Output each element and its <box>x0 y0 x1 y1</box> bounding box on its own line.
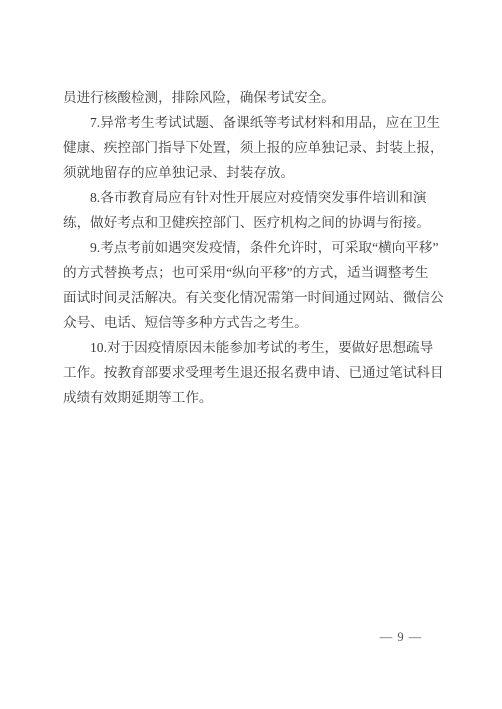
document-body: 员进行核酸检测，排除风险，确保考试安全。 7.异常考生考试试题、备课纸等考试材料… <box>63 85 444 410</box>
text-line: 面试时间灵活解决。有关变化情况需第一时间通过网站、微信公 <box>63 285 444 310</box>
text-line: 员进行核酸检测，排除风险，确保考试安全。 <box>63 85 444 110</box>
text-line: 7.异常考生考试试题、备课纸等考试材料和用品，应在卫生 <box>63 110 444 135</box>
text-line: 健康、疾控部门指导下处置，须上报的应单独记录、封装上报， <box>63 135 444 160</box>
text-line: 的方式替换考点；也可采用“纵向平移”的方式，适当调整考生 <box>63 260 444 285</box>
document-page: { "doc": { "lines": [ "员进行核酸检测，排除风险，确保考试… <box>0 0 502 709</box>
scanned-document-page: 员进行核酸检测，排除风险，确保考试安全。 7.异常考生考试试题、备课纸等考试材料… <box>0 0 502 709</box>
text-line: 练，做好考点和卫健疾控部门、医疗机构之间的协调与衔接。 <box>63 210 444 235</box>
text-line: 工作。按教育部要求受理考生退还报名费申请、已通过笔试科目 <box>63 360 444 385</box>
text-line: 众号、电话、短信等多种方式告之考生。 <box>63 310 444 335</box>
text-line: 9.考点考前如遇突发疫情，条件允许时，可采取“横向平移” <box>63 235 444 260</box>
text-line: 成绩有效期延期等工作。 <box>63 385 444 410</box>
text-line: 8.各市教育局应有针对性开展应对疫情突发事件培训和演 <box>63 185 444 210</box>
text-line: 10.对于因疫情原因未能参加考试的考生，要做好思想疏导 <box>63 335 444 360</box>
page-number: — 9 — <box>366 629 436 645</box>
text-line: 须就地留存的应单独记录、封装存放。 <box>63 160 444 185</box>
